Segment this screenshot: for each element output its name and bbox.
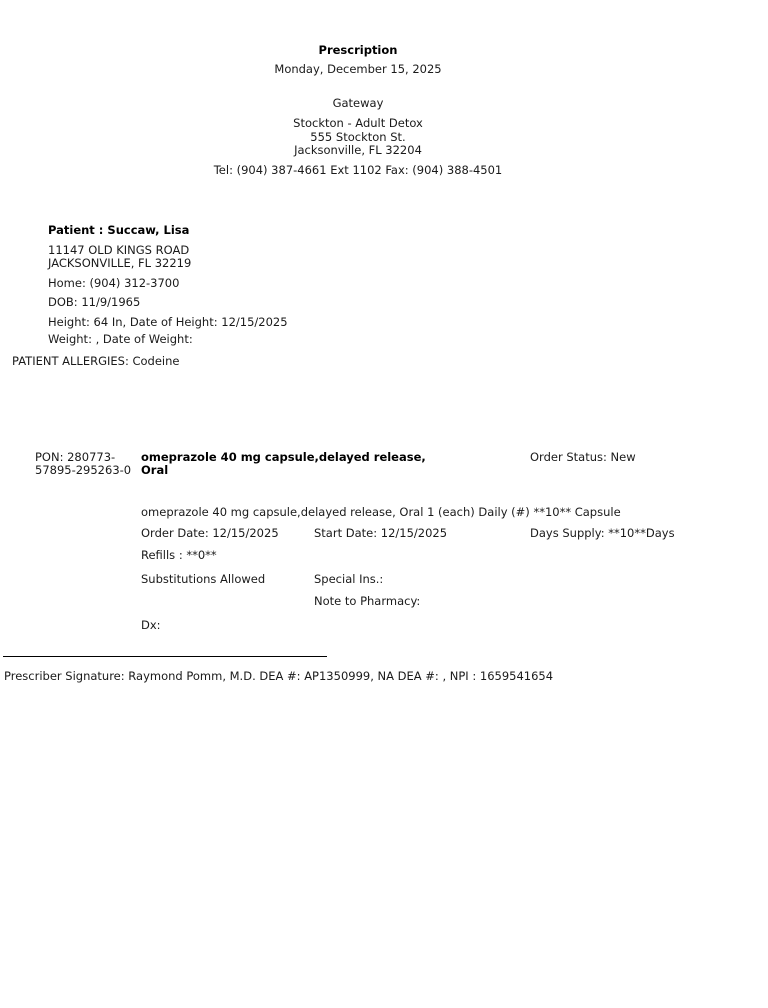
- order-status: Order Status: New: [530, 451, 636, 464]
- organization-contact: Tel: (904) 387-4661 Ext 1102 Fax: (904) …: [0, 164, 716, 177]
- note-to-pharmacy: Note to Pharmacy:: [314, 595, 420, 608]
- substitutions-allowed: Substitutions Allowed: [141, 573, 265, 586]
- prescriber-signature: Prescriber Signature: Raymond Pomm, M.D.…: [4, 670, 553, 683]
- organization-site: Stockton - Adult Detox: [0, 117, 716, 130]
- organization-city: Jacksonville, FL 32204: [0, 144, 716, 157]
- drug-name-line1: omeprazole 40 mg capsule,delayed release…: [141, 451, 426, 464]
- prescription-date: Monday, December 15, 2025: [0, 63, 716, 76]
- sig-directions: omeprazole 40 mg capsule,delayed release…: [141, 506, 621, 519]
- patient-height: Height: 64 In, Date of Height: 12/15/202…: [48, 316, 288, 329]
- organization-name: Gateway: [0, 97, 716, 110]
- patient-dob: DOB: 11/9/1965: [48, 296, 140, 309]
- days-supply: Days Supply: **10**Days: [530, 527, 675, 540]
- patient-weight: Weight: , Date of Weight:: [48, 333, 193, 346]
- patient-allergies: PATIENT ALLERGIES: Codeine: [12, 355, 179, 368]
- drug-name-line2: Oral: [141, 464, 168, 477]
- order-date: Order Date: 12/15/2025: [141, 527, 279, 540]
- page-title: Prescription: [0, 44, 716, 57]
- diagnosis: Dx:: [141, 619, 161, 632]
- patient-address-line2: JACKSONVILLE, FL 32219: [48, 257, 191, 270]
- patient-home-phone: Home: (904) 312-3700: [48, 277, 179, 290]
- patient-name: Patient : Succaw, Lisa: [48, 224, 189, 237]
- start-date: Start Date: 12/15/2025: [314, 527, 447, 540]
- special-instructions: Special Ins.:: [314, 573, 383, 586]
- refills: Refills : **0**: [141, 549, 217, 562]
- signature-rule: [3, 656, 327, 657]
- pon-number-line2: 57895-295263-0: [35, 464, 131, 477]
